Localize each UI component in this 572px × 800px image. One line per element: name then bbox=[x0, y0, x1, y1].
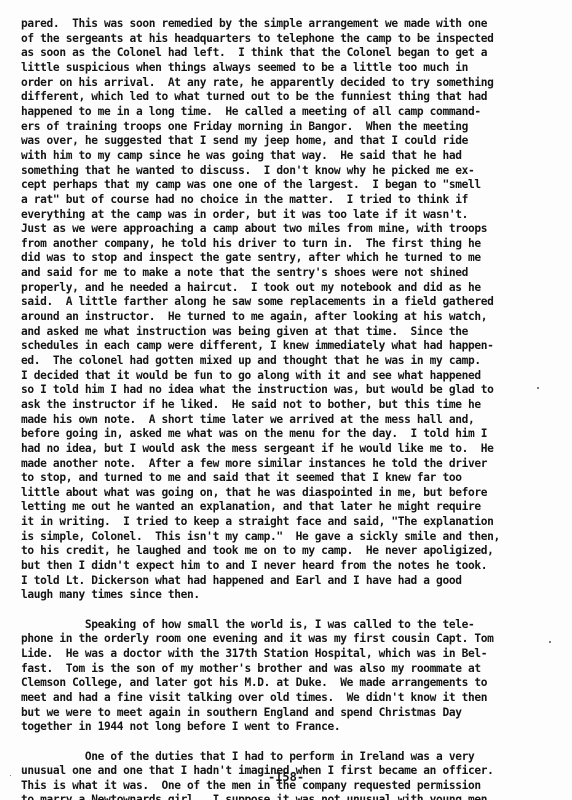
text-line: properly, and he needed a haircut. I too… bbox=[21, 281, 481, 295]
text-line: a rat" but of course had no choice in th… bbox=[21, 193, 468, 207]
text-line: and asked me what instruction was being … bbox=[21, 325, 468, 339]
text-line: so I told him I had no idea what the ins… bbox=[21, 383, 494, 397]
text-line: One of the duties that I had to perform … bbox=[21, 750, 474, 764]
text-line: fast. Tom is the son of my mother's brot… bbox=[21, 662, 481, 676]
text-line: little suspicious when things always see… bbox=[21, 61, 468, 75]
scan-speck bbox=[549, 641, 551, 643]
text-line: but we were to meet again in southern En… bbox=[21, 706, 462, 720]
text-line: ask the instructor if he liked. He said … bbox=[21, 398, 481, 412]
text-line: as soon as the Colonel had left. I think… bbox=[21, 46, 487, 60]
text-line: around an instructor. He turned to me ag… bbox=[21, 310, 487, 324]
text-line: pared. This was soon remedied by the sim… bbox=[21, 17, 487, 31]
text-line: order on his arrival. At any rate, he ap… bbox=[21, 76, 494, 90]
text-line: to stop, and turned to me and said that … bbox=[21, 471, 462, 485]
text-line: Just as we were approaching a camp about… bbox=[21, 222, 487, 236]
text-line: it in writing. I tried to keep a straigh… bbox=[21, 515, 494, 529]
scan-speck bbox=[537, 387, 539, 389]
text-line: Lide. He was a doctor with the 317th Sta… bbox=[21, 647, 487, 661]
text-line: everything at the camp was in order, but… bbox=[21, 208, 468, 222]
text-line: ed. The colonel had gotten mixed up and … bbox=[21, 354, 481, 368]
page-number: -158- bbox=[0, 770, 572, 784]
text-line: was over, he suggested that I send my je… bbox=[21, 134, 468, 148]
text-line: ers of training troops one Friday mornin… bbox=[21, 120, 468, 134]
text-line: is simple, Colonel. This isn't my camp."… bbox=[21, 530, 500, 544]
text-line: made his own note. A short time later we… bbox=[21, 413, 474, 427]
text-line: I told Lt. Dickerson what had happened a… bbox=[21, 574, 462, 588]
text-line: I decided that it would be fun to go alo… bbox=[21, 369, 481, 383]
text-line: and said for me to make a note that the … bbox=[21, 266, 468, 280]
text-line: different, which led to what turned out … bbox=[21, 90, 487, 104]
text-line: of the sergeants at his headquarters to … bbox=[21, 32, 494, 46]
text-line: did was to stop and inspect the gate sen… bbox=[21, 251, 481, 265]
text-line: little about what was going on, that he … bbox=[21, 486, 487, 500]
text-line: something that he wanted to discuss. I d… bbox=[21, 164, 474, 178]
typewritten-page: pared. This was soon remedied by the sim… bbox=[0, 0, 572, 800]
text-line: phone in the orderly room one evening an… bbox=[21, 632, 494, 646]
text-line: Clemson College, and later got his M.D. … bbox=[21, 676, 487, 690]
text-line: laugh many times since then. bbox=[21, 588, 200, 602]
text-line: Speaking of how small the world is, I wa… bbox=[21, 618, 474, 632]
text-line: before going in, asked me what was on th… bbox=[21, 427, 487, 441]
text-line: with him to my camp since he was going t… bbox=[21, 149, 462, 163]
text-line: said. A little farther along he saw some… bbox=[21, 295, 494, 309]
text-line: to his credit, he laughed and took me on… bbox=[21, 544, 494, 558]
text-line: schedules in each camp were different, I… bbox=[21, 339, 494, 353]
scan-speck bbox=[10, 775, 11, 776]
text-line: had no idea, but I would ask the mess se… bbox=[21, 442, 494, 456]
text-line: made another note. After a few more simi… bbox=[21, 457, 487, 471]
text-line: to marry a Newtownards girl. I suppose i… bbox=[21, 793, 487, 800]
text-line: from another company, he told his driver… bbox=[21, 237, 481, 251]
text-line: happened to me in a long time. He called… bbox=[21, 105, 481, 119]
text-line: together in 1944 not long before I went … bbox=[21, 720, 340, 734]
text-line: but then I didn't expect him to and I ne… bbox=[21, 559, 487, 573]
text-line: meet and had a fine visit talking over o… bbox=[21, 691, 487, 705]
text-line: letting me out he wanted an explanation,… bbox=[21, 500, 481, 514]
text-line: cept perhaps that my camp was one one of… bbox=[21, 178, 481, 192]
